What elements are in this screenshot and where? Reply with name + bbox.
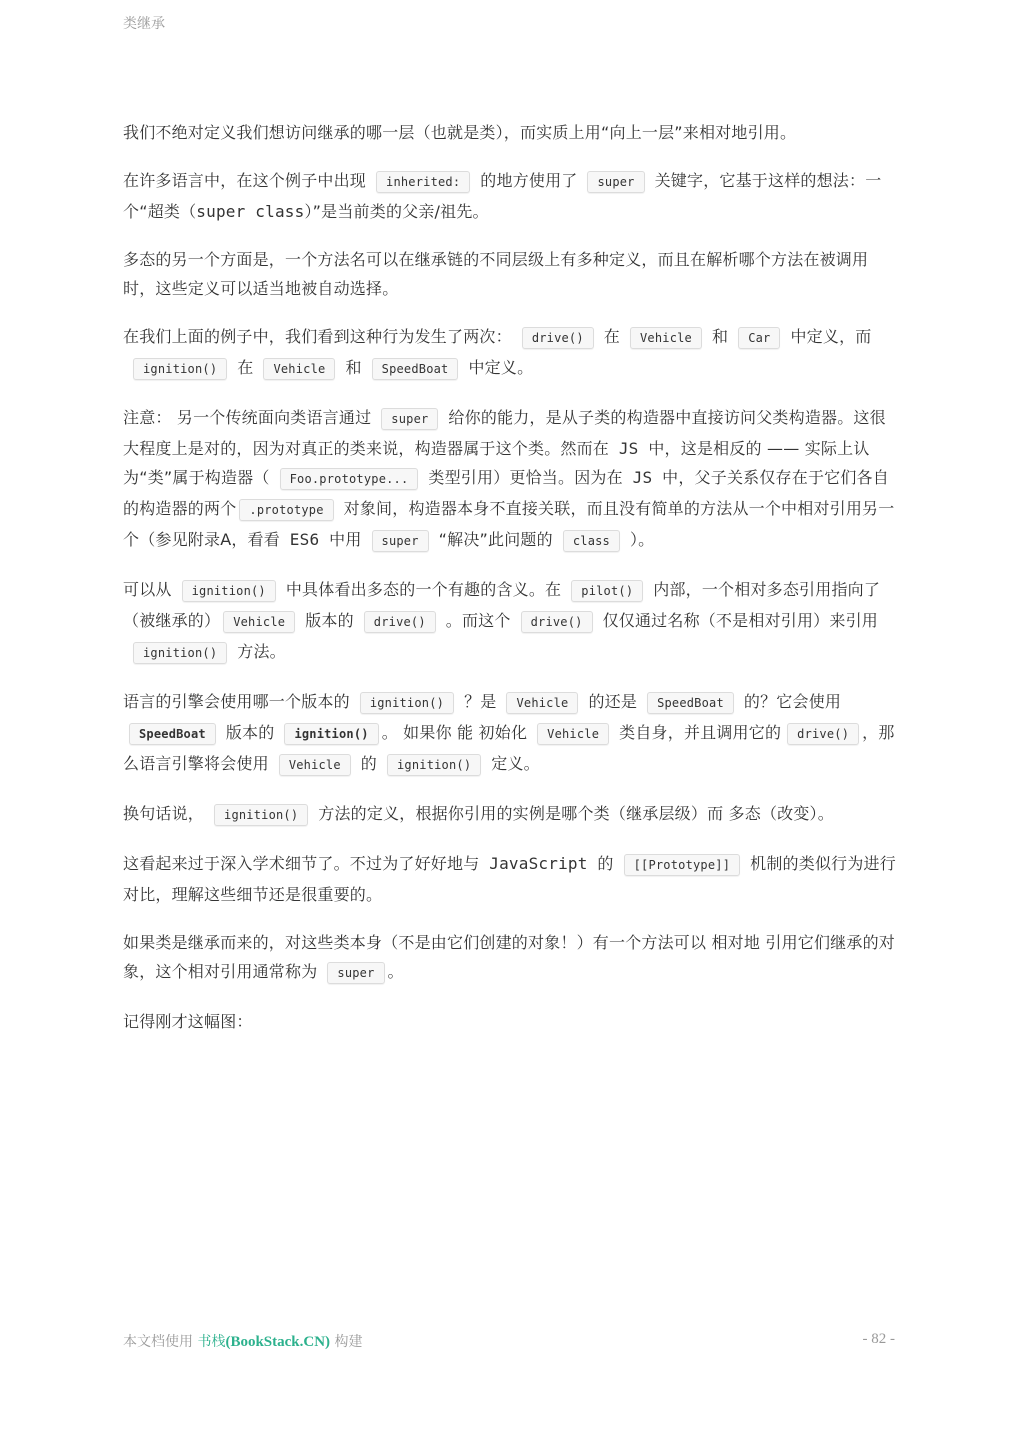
inline-code: SpeedBoat [372, 358, 459, 380]
text: ）”是当前类的父亲/祖先。 [304, 202, 488, 221]
paragraph-relative-reference: 我们不绝对定义我们想访问继承的哪一层（也就是类），而实质上用“向上一层”来相对地… [123, 118, 897, 147]
inline-code-bold: ignition() [284, 723, 378, 745]
running-header-chapter-title: 类继承 [123, 13, 165, 33]
text: 和 [345, 358, 361, 377]
inline-mono-text: super class [196, 202, 304, 221]
text: 和 [712, 327, 728, 346]
inline-code: super [587, 171, 644, 193]
text: 这看起来过于深入学术细节了。不过为了好好地与 [123, 854, 479, 873]
inline-code: Vehicle [506, 692, 578, 714]
paragraph-academic-details: 这看起来过于深入学术细节了。不过为了好好地与 JavaScript 的[[Pro… [123, 849, 897, 909]
paragraph-engine-version: 语言的引擎会使用哪一个版本的ignition()？是Vehicle的还是Spee… [123, 687, 897, 780]
paragraph-polymorphism-aspect: 多态的另一个方面是，一个方法名可以在继承链的不同层级上有多种定义，而且在解析哪个… [123, 245, 897, 303]
inline-code: drive() [787, 723, 859, 745]
page-footer: 本文档使用 书栈(BookStack.CN) 构建 - 82 - [123, 1331, 895, 1351]
inline-mono-text: ES6 [280, 530, 329, 549]
paragraph-ignition-polymorphism: 可以从ignition()中具体看出多态的一个有趣的含义。在pilot()内部，… [123, 575, 897, 668]
inline-code: ignition() [133, 358, 227, 380]
footer-prefix: 本文档使用 [123, 1334, 197, 1350]
inline-code: class [563, 530, 620, 552]
text: 可以从 [123, 580, 172, 599]
text: 中具体看出多态的一个有趣的含义。在 [286, 580, 561, 599]
inline-code: inherited: [376, 171, 470, 193]
text: “解决”此问题的 [439, 530, 553, 549]
text: 版本的 [305, 611, 354, 630]
inline-mono-text: JavaScript [479, 854, 597, 873]
text: 中用 [329, 530, 361, 549]
inline-code: super [327, 962, 384, 984]
inline-code: super [381, 408, 438, 430]
text: 。而这个 [446, 611, 511, 630]
text: 的地方使用了 [480, 171, 577, 190]
inline-code-bold: SpeedBoat [129, 723, 216, 745]
text: 仅仅通过名称（不是相对引用）来引用 [603, 611, 878, 630]
inline-code: ignition() [133, 642, 227, 664]
footer-suffix: 构建 [330, 1334, 362, 1350]
paragraph-super-reference: 如果类是继承而来的，对这些类本身（不是由它们创建的对象！）有一个方法可以 相对地… [123, 928, 897, 988]
paragraph-in-other-words: 换句话说，ignition()方法的定义，根据你引用的实例是哪个类（继承层级）而… [123, 799, 897, 830]
inline-mono-text: JS [609, 439, 648, 458]
inline-code: SpeedBoat [647, 692, 734, 714]
bookstack-link[interactable]: 书栈(BookStack.CN) [197, 1334, 330, 1350]
text: 方法的定义，根据你引用的实例是哪个类（继承层级）而 多态（改变）。 [318, 804, 834, 823]
text: 中定义，而 [790, 327, 871, 346]
inline-code: [[Prototype]] [624, 854, 741, 876]
inline-code: Vehicle [537, 723, 609, 745]
text: 的还是 [588, 692, 637, 711]
text: ）。 [630, 530, 654, 549]
text: 在 [604, 327, 620, 346]
text: 注意： 另一个传统面向类语言通过 [123, 408, 371, 427]
text: 多态的另一个方面是，一个方法名可以在继承链的不同层级上有多种定义，而且在解析哪个… [123, 250, 868, 298]
text: 类自身，并且调用它的 [619, 723, 781, 742]
text: 语言的引擎会使用哪一个版本的 [123, 692, 350, 711]
inline-code: Foo.prototype... [280, 468, 419, 490]
inline-code: ignition() [214, 804, 308, 826]
inline-code: pilot() [571, 580, 643, 602]
text: 的 [361, 754, 377, 773]
text: 我们不绝对定义我们想访问继承的哪一层（也就是类），而实质上用“向上一层”来相对地… [123, 123, 796, 142]
document-body: 我们不绝对定义我们想访问继承的哪一层（也就是类），而实质上用“向上一层”来相对地… [123, 118, 897, 1055]
text: 换句话说， [123, 804, 204, 823]
text: 在我们上面的例子中，我们看到这种行为发生了两次： [123, 327, 512, 346]
inline-code: .prototype [239, 499, 333, 521]
text: 的 [597, 854, 613, 873]
text: 在许多语言中，在这个例子中出现 [123, 171, 366, 190]
text: 记得刚才这幅图： [123, 1012, 253, 1031]
inline-code: drive() [521, 611, 593, 633]
inline-code: Vehicle [263, 358, 335, 380]
inline-code: Car [738, 327, 780, 349]
inline-code: ignition() [360, 692, 454, 714]
brand-cjk: 书栈 [197, 1334, 225, 1350]
text: 中定义。 [468, 358, 533, 377]
page-number: - 82 - [863, 1331, 896, 1348]
text: 类型引用）更恰当。因为在 [428, 468, 622, 487]
inline-code: drive() [364, 611, 436, 633]
inline-code: ignition() [182, 580, 276, 602]
text: ？是 [464, 692, 496, 711]
inline-code: drive() [522, 327, 594, 349]
inline-code: Vehicle [279, 754, 351, 776]
text: 在 [237, 358, 253, 377]
text: 。 [388, 962, 404, 981]
text: 方法。 [237, 642, 286, 661]
inline-code: ignition() [387, 754, 481, 776]
text: 。 如果你 能 初始化 [382, 723, 527, 742]
inline-code: Vehicle [223, 611, 295, 633]
inline-code: super [372, 530, 429, 552]
brand-latin: (BookStack.CN) [225, 1334, 330, 1350]
paragraph-example-behavior: 在我们上面的例子中，我们看到这种行为发生了两次：drive()在Vehicle和… [123, 322, 897, 384]
inline-code: Vehicle [630, 327, 702, 349]
paragraph-remember-figure: 记得刚才这幅图： [123, 1007, 897, 1036]
text: 的？它会使用 [744, 692, 841, 711]
text: 定义。 [491, 754, 540, 773]
paragraph-super-keyword: 在许多语言中，在这个例子中出现inherited:的地方使用了super关键字，… [123, 166, 897, 226]
text: 如果类是继承而来的，对这些类本身（不是由它们创建的对象！）有一个方法可以 相对地… [123, 933, 895, 981]
paragraph-note-constructor: 注意： 另一个传统面向类语言通过super给你的能力，是从子类的构造器中直接访问… [123, 403, 897, 556]
inline-mono-text: JS [623, 468, 662, 487]
text: 版本的 [226, 723, 275, 742]
